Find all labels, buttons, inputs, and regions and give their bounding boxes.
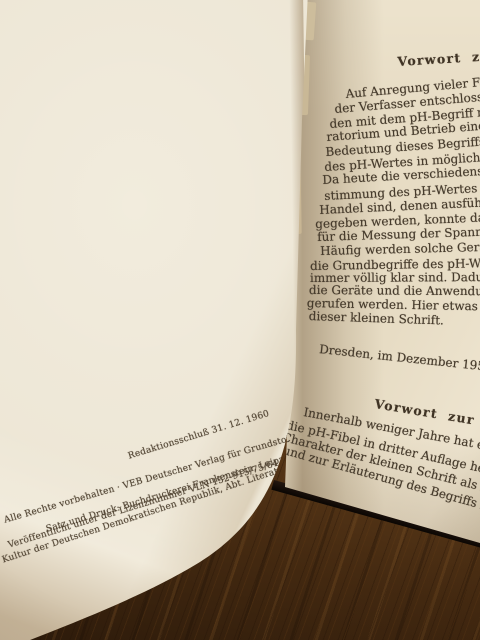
- book-photo: Vorwort zur e Auf Anregung vieler Fa der…: [0, 0, 480, 640]
